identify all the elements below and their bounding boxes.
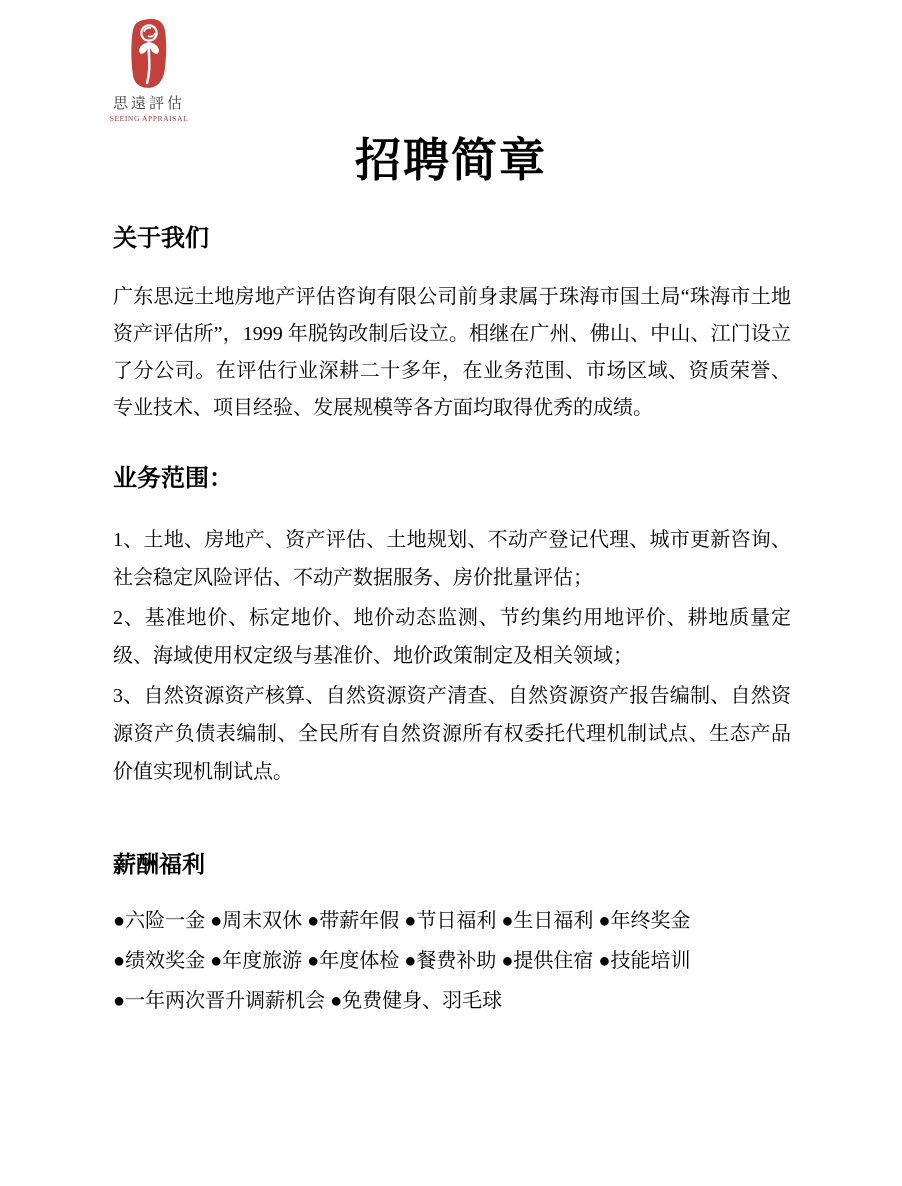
business-item-3: 3、自然资源资产核算、自然资源资产清查、自然资源资产报告编制、自然资源资产负债表… bbox=[113, 677, 791, 791]
section-heading-business-scope: 业务范围： bbox=[113, 464, 791, 494]
benefits-line-1: ●六险一金 ●周末双休 ●带薪年假 ●节日福利 ●生日福利 ●年终奖金 bbox=[113, 901, 791, 941]
business-item-1: 1、土地、房地产、资产评估、土地规划、不动产登记代理、城市更新咨询、社会稳定风险… bbox=[113, 521, 791, 597]
logo-name-english: SEEING APPRAISAL bbox=[104, 114, 194, 123]
document-page: 思遠評估 SEEING APPRAISAL 招聘简章 关于我们 广东思远土地房地… bbox=[0, 0, 902, 1186]
logo-name-chinese: 思遠評估 bbox=[104, 92, 194, 113]
seal-flower-icon bbox=[128, 18, 170, 89]
benefits-line-3: ●一年两次晋升调薪机会 ●免费健身、羽毛球 bbox=[113, 981, 791, 1021]
business-item-2: 2、基准地价、标定地价、地价动态监测、节约集约用地评价、耕地质量定级、海域使用权… bbox=[113, 599, 791, 675]
company-logo: 思遠評估 SEEING APPRAISAL bbox=[104, 18, 194, 123]
business-scope-list: 1、土地、房地产、资产评估、土地规划、不动产登记代理、城市更新咨询、社会稳定风险… bbox=[113, 521, 791, 793]
benefits-list: ●六险一金 ●周末双休 ●带薪年假 ●节日福利 ●生日福利 ●年终奖金 ●绩效奖… bbox=[113, 901, 791, 1021]
page-title: 招聘简章 bbox=[0, 134, 902, 186]
about-paragraph: 广东思远土地房地产评估咨询有限公司前身隶属于珠海市国土局“珠海市土地资产评估所”… bbox=[113, 279, 791, 427]
benefits-line-2: ●绩效奖金 ●年度旅游 ●年度体检 ●餐费补助 ●提供住宿 ●技能培训 bbox=[113, 941, 791, 981]
section-heading-benefits: 薪酬福利 bbox=[113, 851, 791, 879]
section-heading-about: 关于我们 bbox=[113, 224, 791, 254]
